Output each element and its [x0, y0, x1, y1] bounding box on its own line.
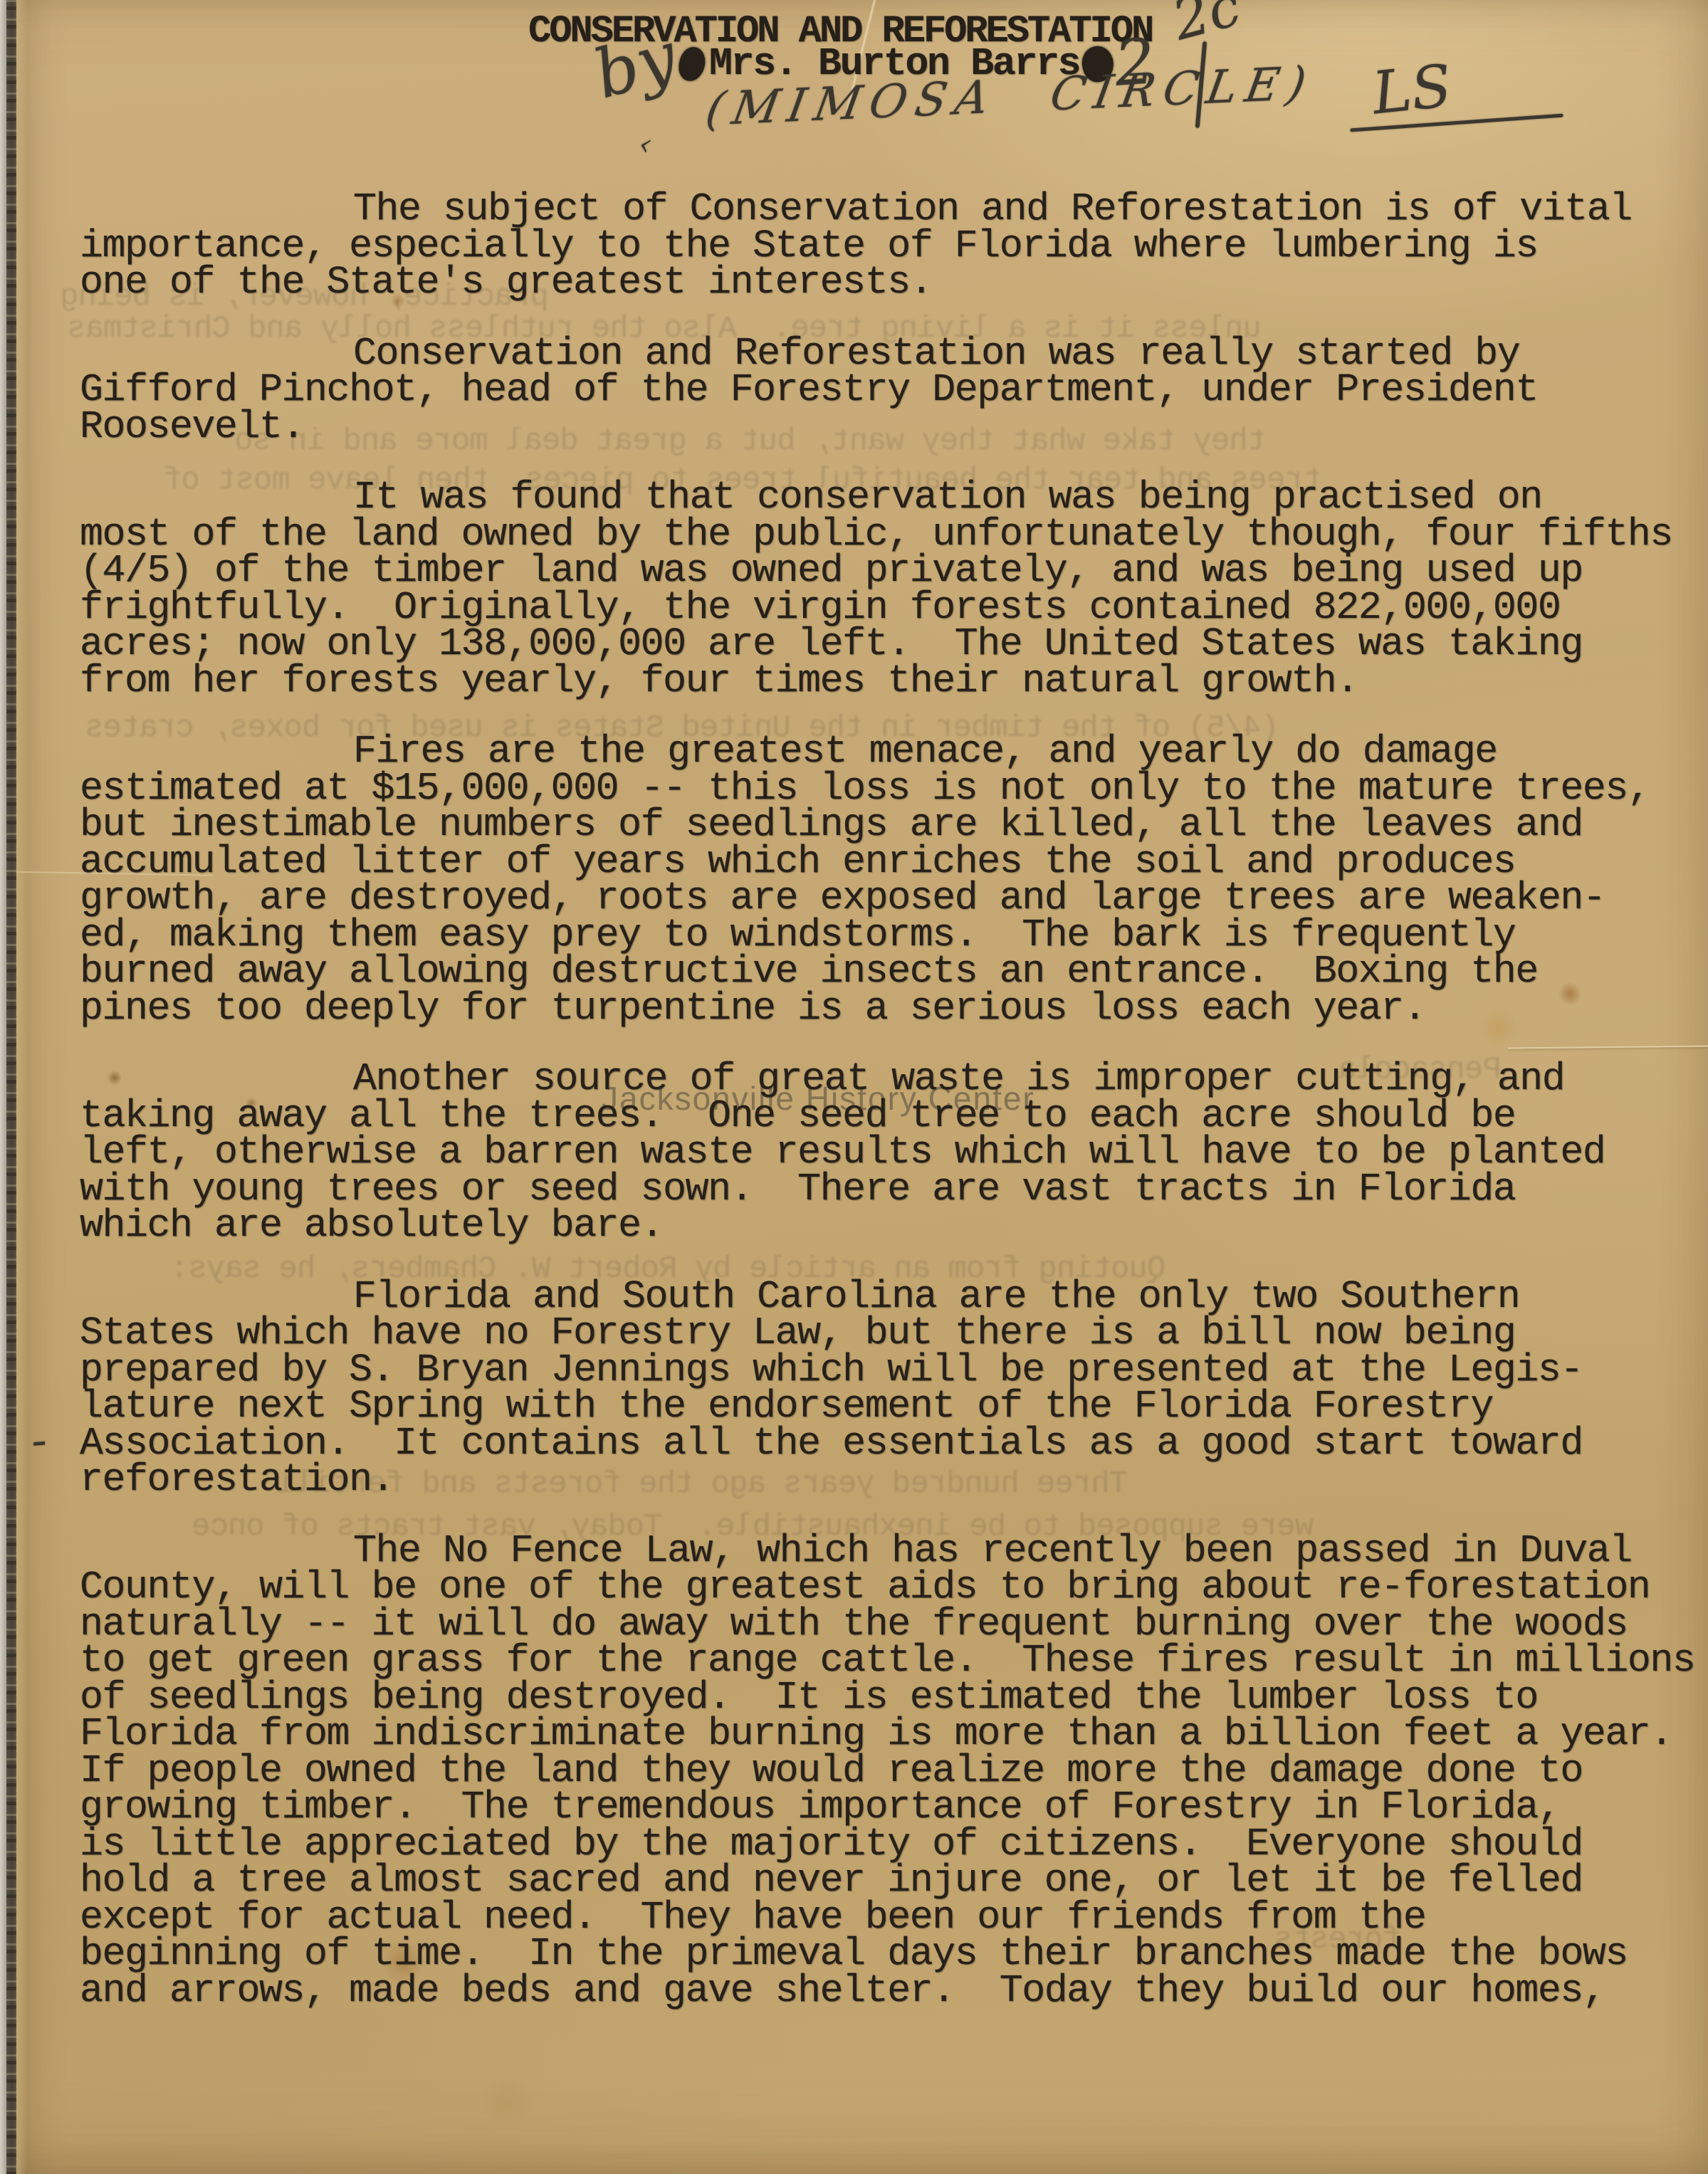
- paper-stain: [478, 2079, 535, 2126]
- byline-text: Mrs. Burton Barrs: [709, 41, 1079, 86]
- paper-sheet: practice, however, is beingunless it is …: [0, 0, 1708, 2174]
- paper-deckle-edge: [16, 0, 28, 2174]
- typed-paragraph: It was found that conservation was being…: [80, 479, 1696, 699]
- pencil-tick: ‹: [636, 129, 654, 160]
- typed-paragraph: Fires are the greatest menace, and yearl…: [80, 733, 1696, 1026]
- typed-paragraph: The subject of Conservation and Reforest…: [80, 191, 1696, 301]
- ls-underline: [1350, 114, 1563, 132]
- typed-body: The subject of Conservation and Reforest…: [80, 191, 1696, 2043]
- scan-edge: [0, 0, 6, 2174]
- typed-paragraph: Conservation and Reforestation was reall…: [80, 335, 1696, 446]
- top-right-scribble: 2c: [1167, 0, 1245, 49]
- typed-paragraph: Another source of great waste is imprope…: [80, 1061, 1696, 1244]
- scanned-document-page: practice, however, is beingunless it is …: [0, 0, 1708, 2174]
- typed-paragraph: The No Fence Law, which has recently bee…: [80, 1533, 1696, 2010]
- document-byline: Mrs. Burton Barrs: [679, 41, 1114, 86]
- ink-blob: [676, 45, 707, 83]
- ink-blob: [1079, 43, 1118, 85]
- typed-paragraph: Florida and South Carolina are the only …: [80, 1278, 1696, 1498]
- stroke-after-2: [1195, 41, 1207, 128]
- binding-edge: [6, 0, 16, 2174]
- ls-mark: LS: [1370, 57, 1455, 123]
- margin-dash: -: [30, 1417, 48, 1464]
